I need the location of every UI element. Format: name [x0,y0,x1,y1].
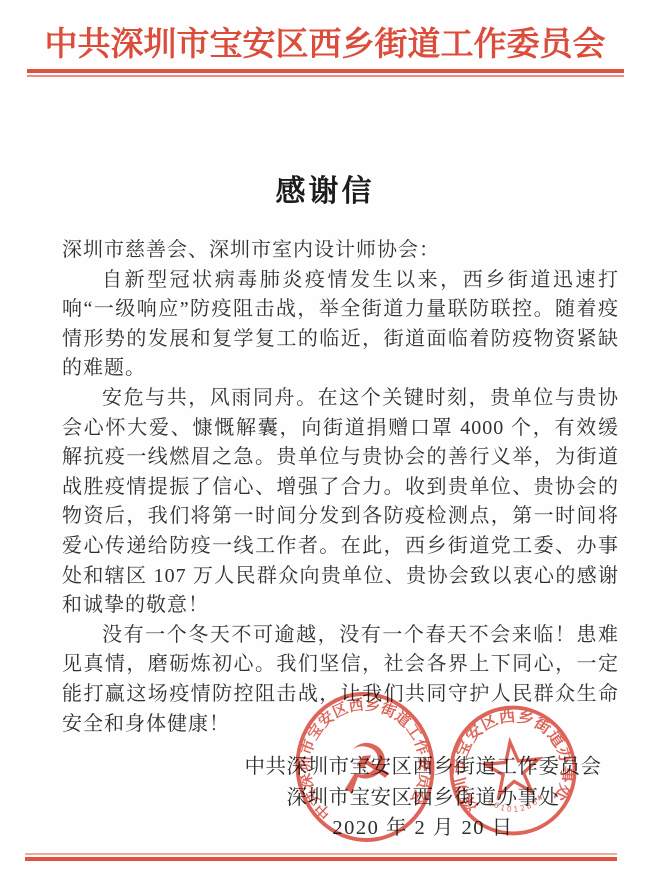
signature-org-line1: 中共深圳市宝安区西乡街道工作委员会 [240,752,606,783]
document-title: 感谢信 [0,166,650,210]
body-paragraph: 安危与共，风雨同舟。在这个关键时刻，贵单位与贵协会心怀大爱、慷慨解囊，向街道捐赠… [62,384,619,621]
signature-org-line2: 深圳市宝安区西乡街道办事处 [240,783,606,814]
body-paragraph: 自新型冠状病毒肺炎疫情发生以来，西乡街道迅速打响“一级响应”防疫阻击战，举全街道… [62,266,619,384]
body-paragraph: 没有一个冬天不可逾越，没有一个春天不会来临！患难见真情，磨砺炼初心。我们坚信，社… [62,621,619,739]
scanned-letter-page: 中共深圳市宝安区西乡街道工作委员会 感谢信 深圳市慈善会、深圳市室内设计师协会：… [0,0,650,881]
letterhead-divider [27,69,624,77]
letterhead-title: 中共深圳市宝安区西乡街道工作委员会 [0,18,650,65]
footer-divider [25,853,617,861]
letter-body: 深圳市慈善会、深圳市室内设计师协会： 自新型冠状病毒肺炎疫情发生以来，西乡街道迅… [62,236,619,739]
signature-block: 中共深圳市宝安区西乡街道工作委员会 深圳市宝安区西乡街道办事处 2020 年 2… [240,752,606,844]
salutation: 深圳市慈善会、深圳市室内设计师协会： [62,236,619,266]
signature-date: 2020 年 2 月 20 日 [240,813,606,844]
